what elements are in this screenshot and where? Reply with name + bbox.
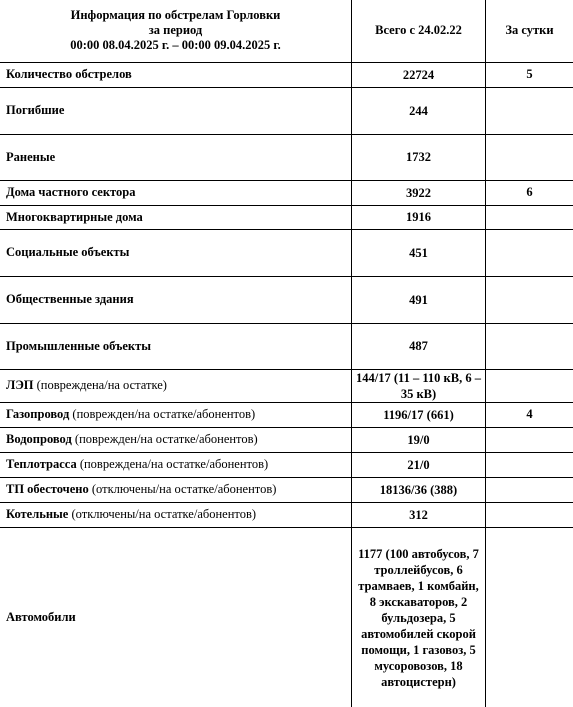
row-label-note: (поврежден/на остатке/абонентов)	[72, 432, 258, 446]
row-label-cell: Раненые	[0, 134, 352, 180]
row-label-cell: ТП обесточено (отключены/на остатке/абон…	[0, 477, 352, 502]
row-label-cell: Многоквартирные дома	[0, 205, 352, 229]
row-total-value: 1177 (100 автобусов, 7 троллейбусов, 6 т…	[352, 527, 486, 707]
row-label-note: (повреждена/на остатке)	[34, 378, 167, 392]
column-header-total: Всего с 24.02.22	[352, 0, 486, 62]
table-row: Социальные объекты451	[0, 229, 573, 276]
row-label-cell: Котельные (отключены/на остатке/абоненто…	[0, 502, 352, 527]
row-day-value	[486, 323, 573, 369]
table-row: Дома частного сектора39226	[0, 180, 573, 205]
row-label: Общественные здания	[6, 292, 134, 306]
row-label: Дома частного сектора	[6, 185, 135, 199]
row-day-value	[486, 502, 573, 527]
row-label-note: (поврежден/на остатке/абонентов)	[69, 407, 255, 421]
table-row: Котельные (отключены/на остатке/абоненто…	[0, 502, 573, 527]
table-row: ТП обесточено (отключены/на остатке/абон…	[0, 477, 573, 502]
row-day-value: 6	[486, 180, 573, 205]
report-title-line1: Информация по обстрелам Горловки	[0, 8, 351, 23]
row-total-value: 1732	[352, 134, 486, 180]
row-label-cell: Дома частного сектора	[0, 180, 352, 205]
row-total-value: 1196/17 (661)	[352, 402, 486, 427]
table-row: Промышленные объекты487	[0, 323, 573, 369]
table-row: Количество обстрелов227245	[0, 62, 573, 87]
row-total-value: 3922	[352, 180, 486, 205]
row-day-value: 4	[486, 402, 573, 427]
table-row: Водопровод (поврежден/на остатке/абонент…	[0, 427, 573, 452]
row-day-value	[486, 276, 573, 323]
row-total-value: 312	[352, 502, 486, 527]
row-label: Погибшие	[6, 103, 64, 117]
row-label-note: (отключены/на остатке/абонентов)	[68, 507, 256, 521]
row-day-value	[486, 369, 573, 402]
table-body: Количество обстрелов227245Погибшие244Ран…	[0, 62, 573, 707]
row-label-note: (отключены/на остатке/абонентов)	[89, 482, 277, 496]
report-title-line2: за период	[0, 23, 351, 38]
row-total-value: 491	[352, 276, 486, 323]
row-label: Промышленные объекты	[6, 339, 151, 353]
row-label-cell: Общественные здания	[0, 276, 352, 323]
row-day-value	[486, 87, 573, 134]
table-row: Общественные здания491	[0, 276, 573, 323]
table-row: Автомобили1177 (100 автобусов, 7 троллей…	[0, 527, 573, 707]
row-label: Социальные объекты	[6, 245, 129, 259]
row-total-value: 19/0	[352, 427, 486, 452]
table-row: ЛЭП (повреждена/на остатке)144/17 (11 – …	[0, 369, 573, 402]
row-label: ТП обесточено	[6, 482, 89, 496]
row-label: Теплотрасса	[6, 457, 77, 471]
row-label: Водопровод	[6, 432, 72, 446]
report-title-line3: 00:00 08.04.2025 г. – 00:00 09.04.2025 г…	[0, 38, 351, 53]
column-header-day: За сутки	[486, 0, 573, 62]
table-row: Газопровод (поврежден/на остатке/абонент…	[0, 402, 573, 427]
row-label-cell: Автомобили	[0, 527, 352, 707]
table-row: Раненые1732	[0, 134, 573, 180]
row-total-value: 487	[352, 323, 486, 369]
row-label-cell: Погибшие	[0, 87, 352, 134]
row-label-cell: ЛЭП (повреждена/на остатке)	[0, 369, 352, 402]
row-total-value: 1916	[352, 205, 486, 229]
row-label-cell: Теплотрасса (повреждена/на остатке/абоне…	[0, 452, 352, 477]
row-day-value	[486, 427, 573, 452]
row-day-value	[486, 527, 573, 707]
report-title: Информация по обстрелам Горловки за пери…	[0, 0, 352, 62]
row-total-value: 18136/36 (388)	[352, 477, 486, 502]
row-label-cell: Промышленные объекты	[0, 323, 352, 369]
row-day-value	[486, 477, 573, 502]
row-total-value: 451	[352, 229, 486, 276]
row-label-cell: Количество обстрелов	[0, 62, 352, 87]
table-row: Многоквартирные дома1916	[0, 205, 573, 229]
row-total-value: 21/0	[352, 452, 486, 477]
row-day-value: 5	[486, 62, 573, 87]
row-label-cell: Водопровод (поврежден/на остатке/абонент…	[0, 427, 352, 452]
row-day-value	[486, 229, 573, 276]
row-label-cell: Газопровод (поврежден/на остатке/абонент…	[0, 402, 352, 427]
row-label: ЛЭП	[6, 378, 34, 392]
row-label-note: (повреждена/на остатке/абонентов)	[77, 457, 268, 471]
row-label: Многоквартирные дома	[6, 210, 143, 224]
row-label: Количество обстрелов	[6, 67, 132, 81]
row-total-value: 244	[352, 87, 486, 134]
row-label: Газопровод	[6, 407, 69, 421]
row-label: Раненые	[6, 150, 55, 164]
row-label: Котельные	[6, 507, 68, 521]
row-total-value: 144/17 (11 – 110 кВ, 6 – 35 кВ)	[352, 369, 486, 402]
row-label: Автомобили	[6, 610, 76, 624]
row-day-value	[486, 452, 573, 477]
table-row: Теплотрасса (повреждена/на остатке/абоне…	[0, 452, 573, 477]
shelling-report-table: Информация по обстрелам Горловки за пери…	[0, 0, 573, 707]
row-total-value: 22724	[352, 62, 486, 87]
table-row: Погибшие244	[0, 87, 573, 134]
row-day-value	[486, 134, 573, 180]
row-day-value	[486, 205, 573, 229]
table-header-row: Информация по обстрелам Горловки за пери…	[0, 0, 573, 62]
row-label-cell: Социальные объекты	[0, 229, 352, 276]
